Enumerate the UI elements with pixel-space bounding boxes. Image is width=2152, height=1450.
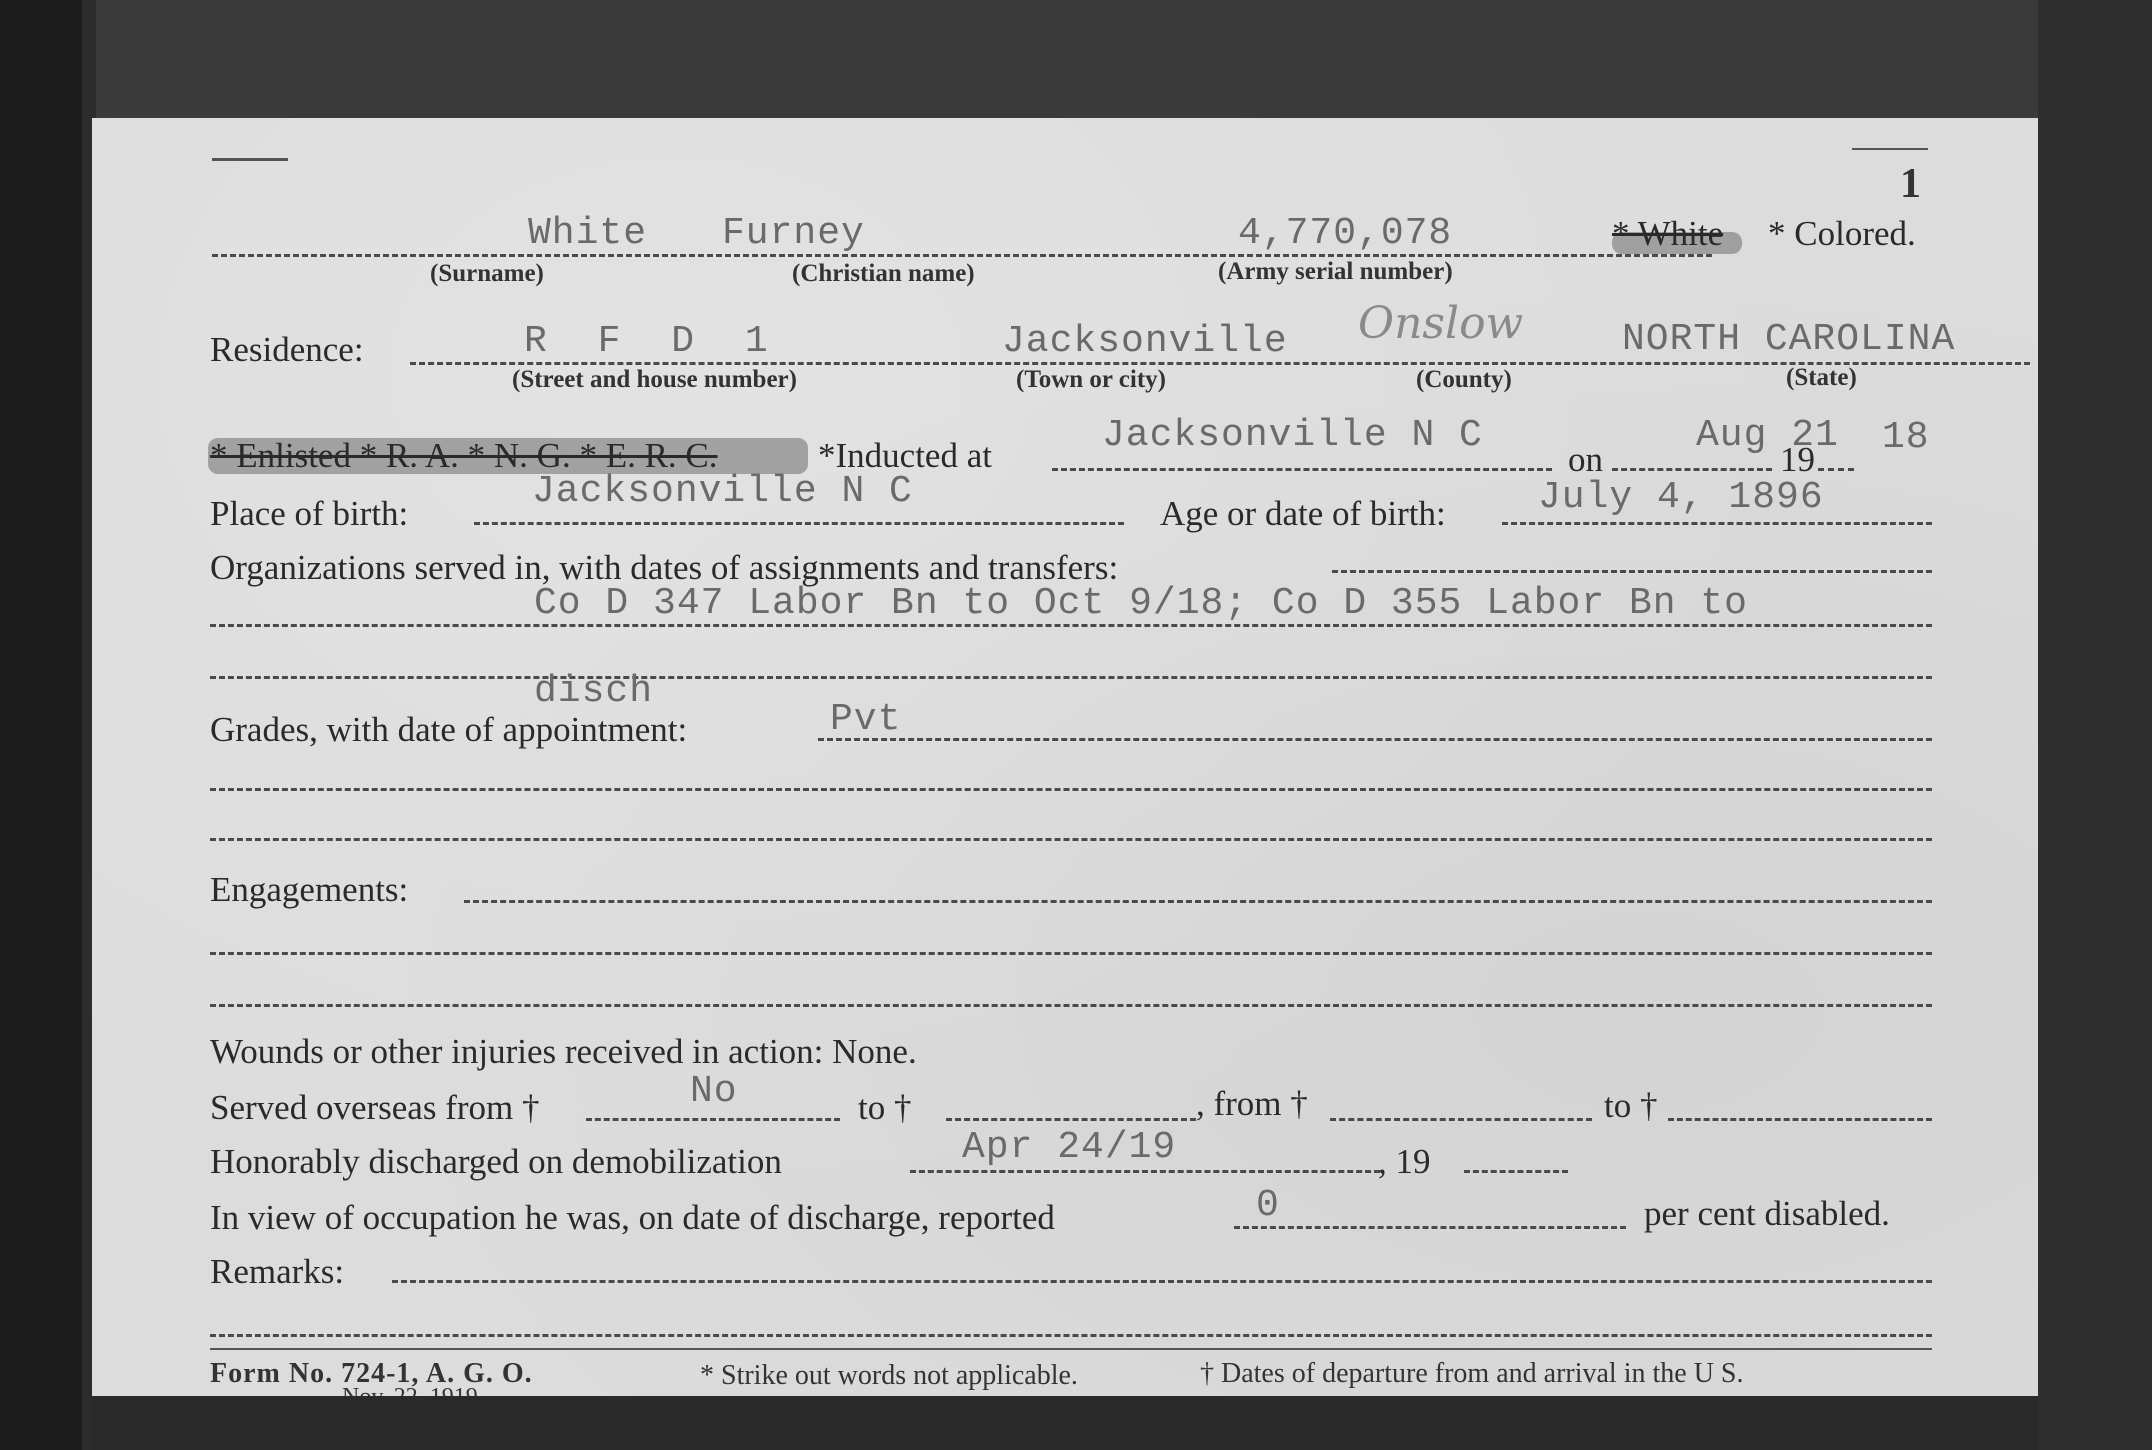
street-caption: (Street and house number) — [512, 366, 797, 394]
grades-line-1 — [210, 788, 1932, 791]
grades-label: Grades, with date of appointment: — [210, 710, 687, 750]
overseas-label: Served overseas from † — [210, 1088, 539, 1128]
inducted-line — [1052, 468, 1552, 471]
induction-year-value: 18 — [1882, 416, 1930, 459]
overseas-from2-line — [1330, 1118, 1592, 1121]
disability-value: 0 — [1256, 1184, 1280, 1227]
engagements-line-2 — [210, 1004, 1932, 1007]
remarks-line-1 — [210, 1334, 1932, 1337]
engagements-label: Engagements: — [210, 870, 408, 910]
surname-caption: (Surname) — [430, 260, 544, 288]
state-caption: (State) — [1786, 364, 1857, 392]
age-label: Age or date of birth: — [1160, 494, 1446, 534]
wounds-label: Wounds or other injuries received in act… — [210, 1032, 917, 1072]
overseas-to-label: to † — [858, 1088, 911, 1128]
disability-label: In view of occupation he was, on date of… — [210, 1198, 1055, 1238]
discharge-date-value: Apr 24/19 — [962, 1126, 1176, 1169]
date-line — [1612, 468, 1772, 471]
organizations-line-2 — [210, 676, 1932, 679]
county-caption: (County) — [1416, 366, 1512, 394]
discharge-label: Honorably discharged on demobilization — [210, 1142, 782, 1182]
disability-line — [1234, 1226, 1626, 1229]
top-left-mark — [212, 158, 288, 161]
county-value: Onslow — [1358, 298, 1523, 349]
inducted-place-value: Jacksonville N C — [1102, 414, 1483, 457]
serial-number-value: 4,770,078 — [1238, 212, 1452, 255]
discharge-year-line — [1464, 1170, 1568, 1173]
place-of-birth-line — [474, 522, 1124, 525]
year-line — [1818, 468, 1854, 471]
engagements-line-1 — [210, 952, 1932, 955]
footer-divider — [210, 1348, 1932, 1350]
birth-date-value: July 4, 1896 — [1538, 476, 1824, 519]
overseas-value: No — [690, 1070, 738, 1113]
christian-name-value: Furney — [722, 212, 865, 255]
street-value: R F D 1 — [524, 320, 782, 363]
scan-border-left — [0, 0, 92, 1450]
organizations-value-line2: disch — [534, 670, 653, 713]
scan-border-right — [2038, 0, 2152, 1450]
overseas-to2-label: to † — [1604, 1086, 1657, 1126]
dagger-footnote: † Dates of departure from and arrival in… — [1200, 1358, 1743, 1390]
organizations-value-line1: Co D 347 Labor Bn to Oct 9/18; Co D 355 … — [534, 582, 1748, 625]
discharge-year-label: , 19 — [1378, 1142, 1431, 1182]
place-of-birth-label: Place of birth: — [210, 494, 408, 534]
grades-line-0 — [818, 738, 1932, 741]
disability-suffix: per cent disabled. — [1644, 1194, 1890, 1234]
remarks-label: Remarks: — [210, 1252, 344, 1292]
age-line — [1502, 522, 1932, 525]
city-value: Jacksonville — [1002, 320, 1288, 363]
service-record-card: 1 White Furney 4,770,078 (Surname) (Chri… — [92, 118, 2038, 1396]
race-white-struck: * White — [1612, 214, 1723, 254]
city-caption: (Town or city) — [1016, 366, 1166, 394]
top-right-mark — [1852, 148, 1928, 150]
year-prefix: 19 — [1780, 440, 1815, 480]
card-number: 1 — [1900, 160, 1921, 208]
overseas-to-line — [946, 1118, 1196, 1121]
strike-footnote: * Strike out words not applicable. — [700, 1360, 1078, 1392]
induction-date-value: Aug 21 — [1696, 414, 1839, 457]
discharge-line — [910, 1170, 1380, 1173]
overseas-to2-line — [1668, 1118, 1932, 1121]
on-label: on — [1568, 440, 1603, 480]
overseas-from-line — [586, 1118, 840, 1121]
scan-border-bottom — [92, 1396, 2038, 1450]
serial-number-caption: (Army serial number) — [1218, 258, 1453, 286]
organizations-line-0 — [1332, 570, 1932, 573]
grade-value: Pvt — [830, 698, 901, 741]
residence-label: Residence: — [210, 330, 364, 370]
race-colored: * Colored. — [1768, 214, 1916, 254]
state-value: NORTH CAROLINA — [1622, 318, 1955, 361]
remarks-line-0 — [392, 1280, 1932, 1283]
grades-line-2 — [210, 838, 1932, 841]
place-of-birth-value: Jacksonville N C — [532, 470, 913, 513]
overseas-from2-label: , from † — [1196, 1084, 1308, 1124]
christian-name-caption: (Christian name) — [792, 260, 975, 288]
name-line — [212, 254, 1712, 257]
surname-value: White — [528, 212, 647, 255]
engagements-line-0 — [464, 900, 1932, 903]
